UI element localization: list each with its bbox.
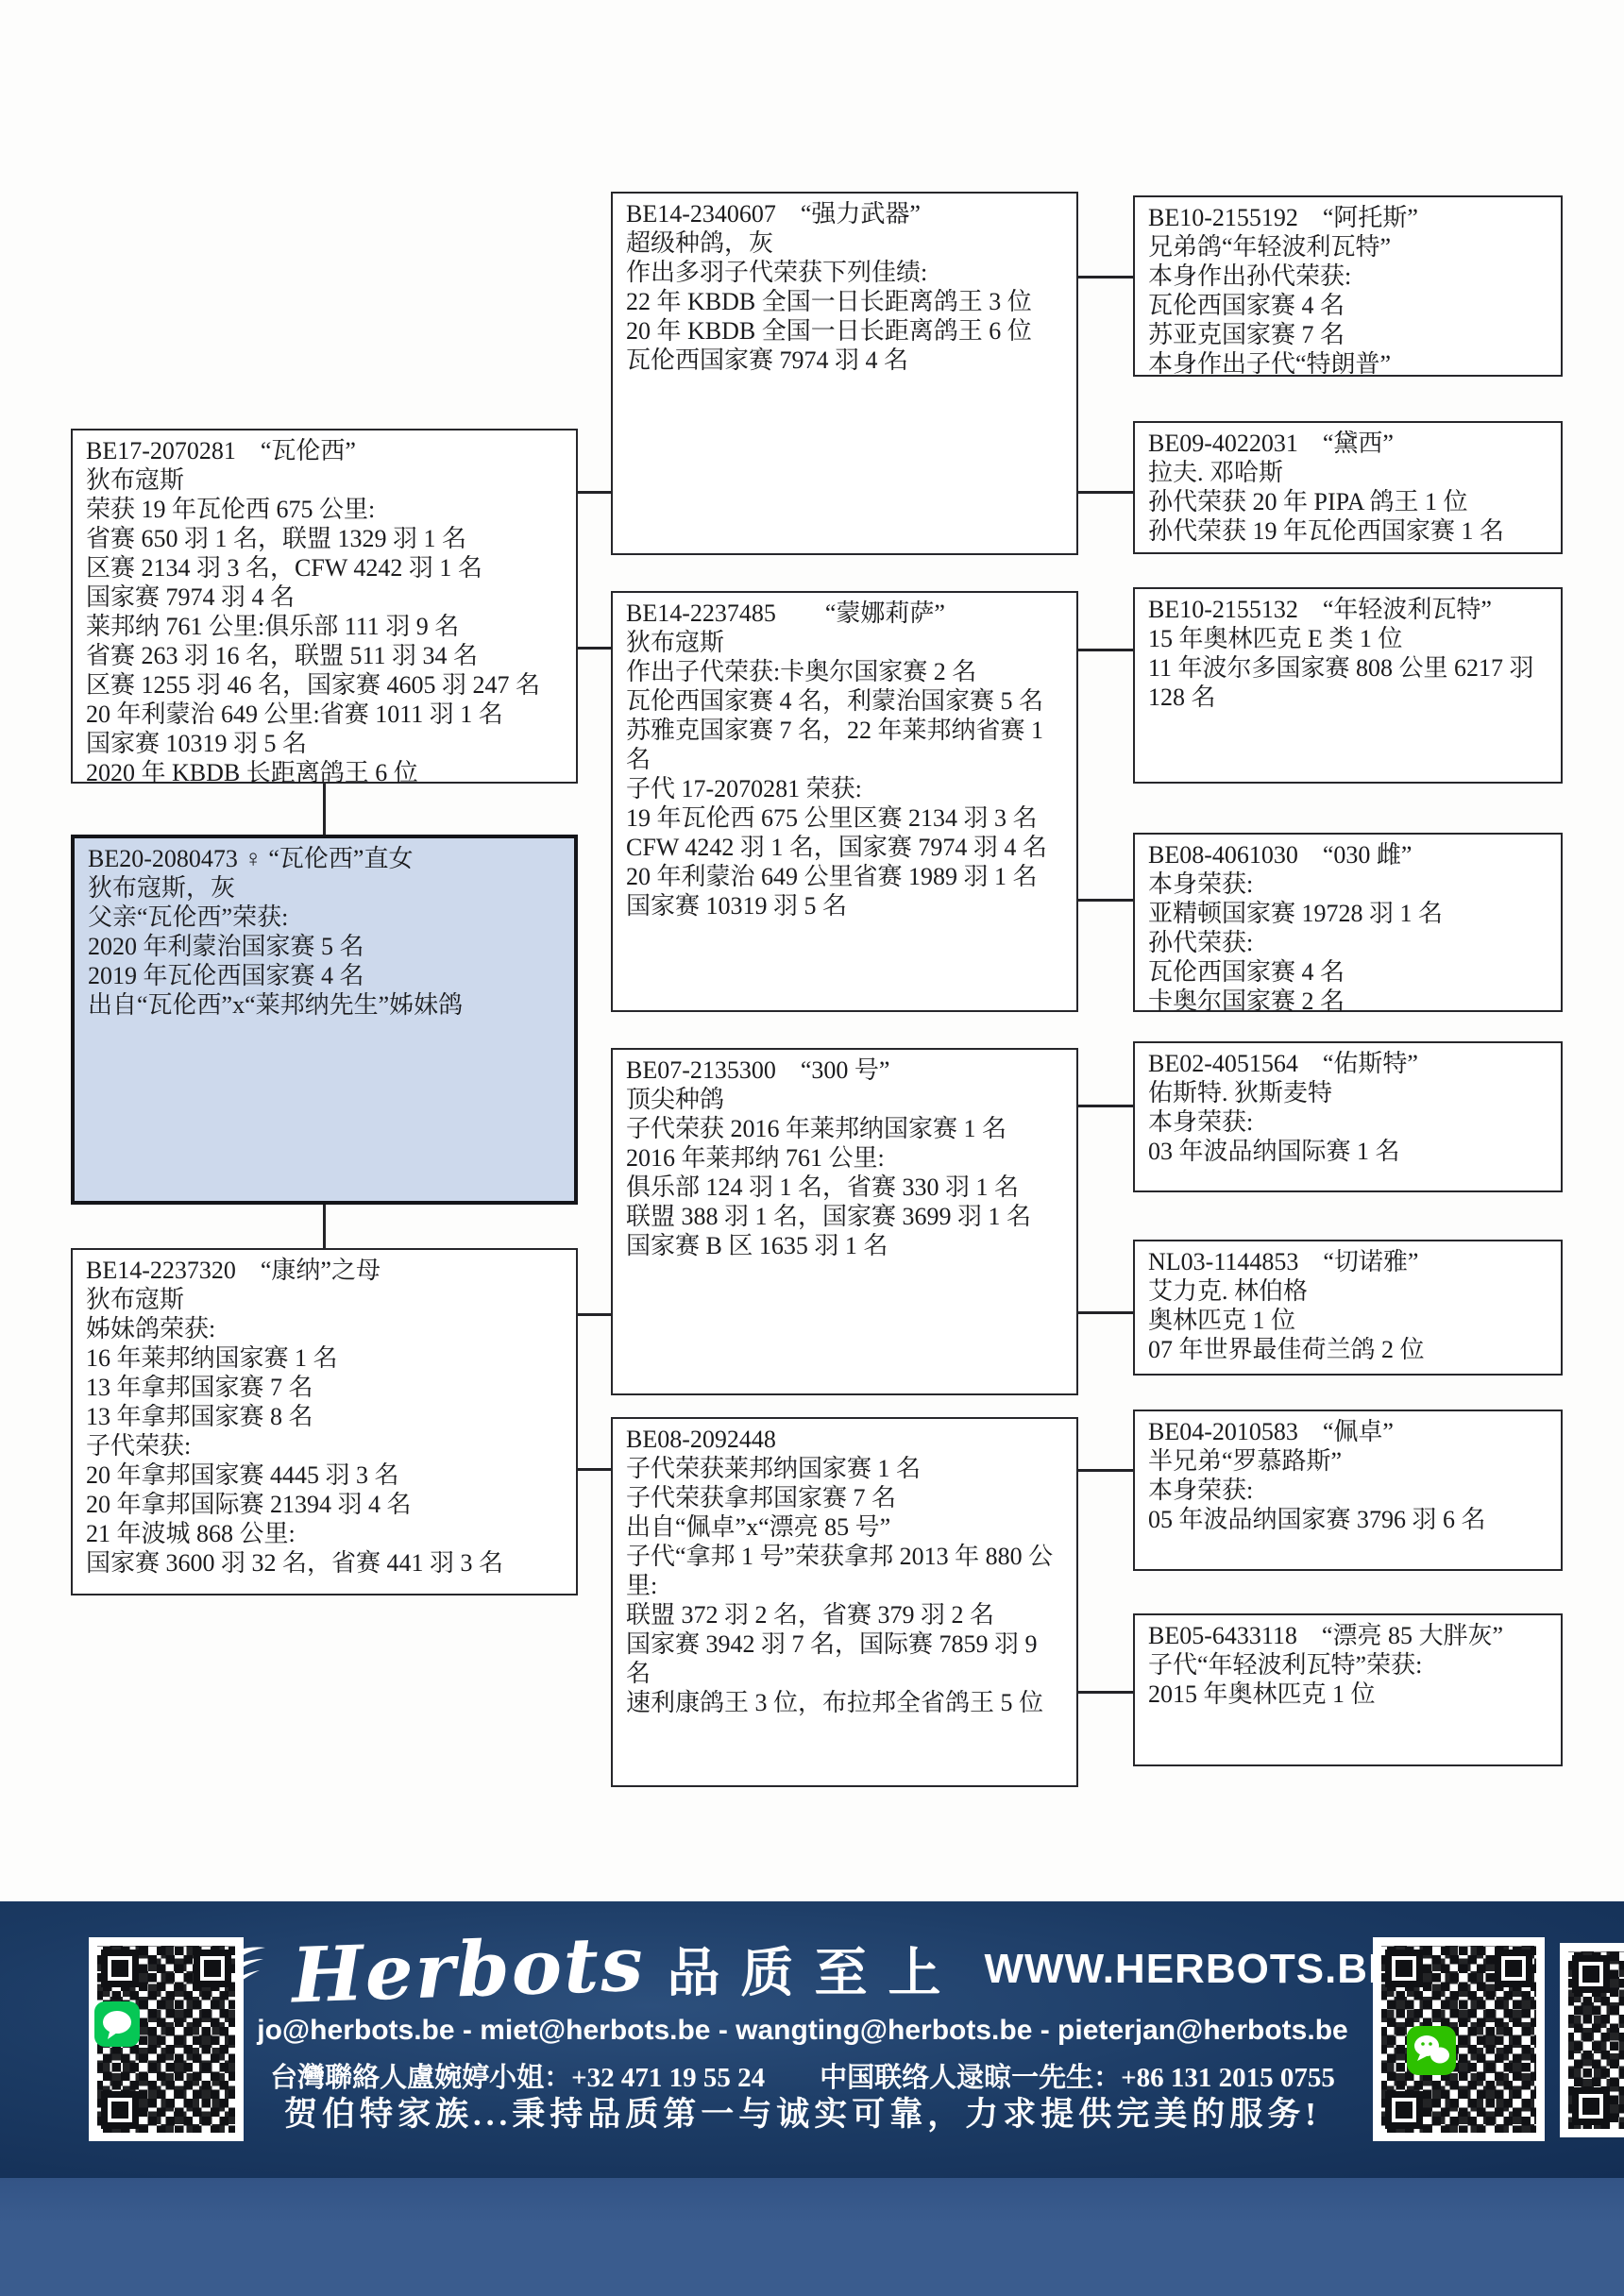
wechat-icon [1407,2026,1456,2080]
pedigree-box-gg5: BE02-4051564 “佑斯特” 佑斯特. 狄斯麦特 本身荣获: 03 年波… [1133,1041,1563,1192]
ring-number-title: BE10-2155192 “阿托斯” [1148,203,1551,232]
pedigree-box-subject: BE20-2080473 ♀ “瓦伦西”直女 狄布寇斯，灰 父亲“瓦伦西”荣获:… [71,835,578,1205]
connector-line [578,1468,612,1471]
pedigree-results: 半兄弟“罗慕路斯” 本身荣获: 05 年波品纳国家赛 3796 羽 6 名 [1148,1446,1551,1534]
connector-line [578,647,612,650]
herbots-logo: Herbots 品质至上 WWW.HERBOTS.BE [227,1922,1379,2017]
pedigree-results: 狄布寇斯 作出子代荣获:卡奥尔国家赛 2 名 瓦伦西国家赛 4 名，利蒙治国家赛… [626,628,1067,920]
connector-line [323,784,326,835]
qr-finder [101,2091,139,2129]
footer-slogan: 品质至上 [668,1932,962,2007]
footer-bottom-strip [0,2178,1624,2296]
connector-line [1078,899,1133,902]
qr-finder [1385,2091,1423,2129]
pedigree-box-mother-dam: BE08-2092448 子代荣获莱邦纳国家赛 1 名 子代荣获拿邦国家赛 7 … [611,1417,1078,1787]
ring-number-title: BE17-2070281 “瓦伦西” [86,436,567,465]
pedigree-page: BE17-2070281 “瓦伦西” 狄布寇斯 荣获 19 年瓦伦西 675 公… [0,0,1624,2296]
qr-finder [101,1950,139,1987]
pedigree-box-gg8: BE05-6433118 “漂亮 85 大胖灰” 子代“年轻波利瓦特”荣获: 2… [1133,1613,1563,1766]
pedigree-results: 狄布寇斯，灰 父亲“瓦伦西”荣获: 2020 年利蒙治国家赛 5 名 2019 … [88,873,565,1020]
pedigree-results: 15 年奥林匹克 E 类 1 位 11 年波尔多国家赛 808 公里 6217 … [1148,624,1551,712]
connector-line [1078,1691,1133,1694]
ring-number-title: BE14-2340607 “强力武器” [626,199,1067,228]
qr-code-right-edge [1560,1943,1624,2137]
pedigree-results: 超级种鸽，灰 作出多羽子代荣获下列佳绩: 22 年 KBDB 全国一日长距离鸽王… [626,228,1067,375]
pedigree-box-gg7: BE04-2010583 “佩卓” 半兄弟“罗慕路斯” 本身荣获: 05 年波品… [1133,1410,1563,1571]
pedigree-box-father-sire: BE14-2340607 “强力武器” 超级种鸽，灰 作出多羽子代荣获下列佳绩:… [611,192,1078,555]
pedigree-results: 艾力克. 林伯格 奥林匹克 1 位 07 年世界最佳荷兰鸽 2 位 [1148,1276,1551,1364]
ring-number-title: BE08-2092448 [626,1425,1067,1454]
footer-emails: jo@herbots.be - miet@herbots.be - wangti… [227,2015,1379,2047]
ring-number-title: BE02-4051564 “佑斯特” [1148,1049,1551,1078]
ring-number-title: BE10-2155132 “年轻波利瓦特” [1148,595,1551,624]
pedigree-results: 子代荣获莱邦纳国家赛 1 名 子代荣获拿邦国家赛 7 名 出自“佩卓”x“漂亮 … [626,1454,1067,1717]
connector-line [1078,1105,1133,1107]
qr-finder [1495,1950,1532,1987]
pedigree-box-mother-sire: BE07-2135300 “300 号” 顶尖种鸽 子代荣获 2016 年莱邦纳… [611,1048,1078,1395]
connector-line [1078,649,1133,651]
line-icon [94,2001,140,2051]
pedigree-results: 本身荣获: 亚精顿国家赛 19728 羽 1 名 孙代荣获: 瓦伦西国家赛 4 … [1148,869,1551,1016]
ring-number-title: BE20-2080473 ♀ “瓦伦西”直女 [88,844,565,873]
brand-name: Herbots [290,1919,646,2020]
pedigree-box-gg6: NL03-1144853 “切诺雅” 艾力克. 林伯格 奥林匹克 1 位 07 … [1133,1240,1563,1376]
qr-code-right [1373,1937,1545,2141]
connector-line [1078,276,1133,279]
pedigree-results: 兄弟鸽“年轻波利瓦特” 本身作出孙代荣获: 瓦伦西国家赛 4 名 苏亚克国家赛 … [1148,232,1551,379]
qr-pattern [1568,1951,1624,2129]
pedigree-box-gg4: BE08-4061030 “030 雌” 本身荣获: 亚精顿国家赛 19728 … [1133,833,1563,1012]
qr-finder [1572,1955,1610,1993]
qr-pattern [1381,1946,1536,2133]
connector-line [323,1205,326,1248]
ring-number-title: BE05-6433118 “漂亮 85 大胖灰” [1148,1621,1551,1650]
pedigree-results: 狄布寇斯 荣获 19 年瓦伦西 675 公里: 省赛 650 羽 1 名，联盟 … [86,465,567,787]
website-url: WWW.HERBOTS.BE [985,1946,1397,1993]
pedigree-box-father: BE17-2070281 “瓦伦西” 狄布寇斯 荣获 19 年瓦伦西 675 公… [71,429,578,784]
pedigree-box-father-dam: BE14-2237485 “蒙娜莉萨” 狄布寇斯 作出子代荣获:卡奥尔国家赛 2… [611,591,1078,1012]
ring-number-title: BE07-2135300 “300 号” [626,1055,1067,1085]
connector-line [1078,1469,1133,1472]
pedigree-results: 拉夫. 邓哈斯 孙代荣获 20 年 PIPA 鸽王 1 位 孙代荣获 19 年瓦… [1148,458,1551,546]
pedigree-box-gg3: BE10-2155132 “年轻波利瓦特” 15 年奥林匹克 E 类 1 位 1… [1133,587,1563,784]
connector-line [578,1313,612,1316]
pedigree-results: 狄布寇斯 姊妹鸽荣获: 16 年莱邦纳国家赛 1 名 13 年拿邦国家赛 7 名… [86,1285,567,1578]
ring-number-title: BE09-4022031 “黛西” [1148,429,1551,458]
connector-line [1078,1311,1133,1314]
ring-number-title: BE14-2237320 “康纳”之母 [86,1256,567,1285]
ring-number-title: BE14-2237485 “蒙娜莉萨” [626,599,1067,628]
qr-finder [194,1950,231,1987]
ring-number-title: BE08-4061030 “030 雌” [1148,840,1551,869]
pedigree-box-gg2: BE09-4022031 “黛西” 拉夫. 邓哈斯 孙代荣获 20 年 PIPA… [1133,421,1563,554]
connector-line [1078,491,1133,494]
pedigree-results: 顶尖种鸽 子代荣获 2016 年莱邦纳国家赛 1 名 2016 年莱邦纳 761… [626,1085,1067,1260]
ring-number-title: NL03-1144853 “切诺雅” [1148,1247,1551,1276]
pedigree-box-mother: BE14-2237320 “康纳”之母 狄布寇斯 姊妹鸽荣获: 16 年莱邦纳国… [71,1248,578,1595]
qr-finder [1572,2087,1610,2125]
pedigree-box-gg1: BE10-2155192 “阿托斯” 兄弟鸽“年轻波利瓦特” 本身作出孙代荣获:… [1133,195,1563,377]
pedigree-results: 子代“年轻波利瓦特”荣获: 2015 年奥林匹克 1 位 [1148,1650,1551,1709]
qr-finder [1385,1950,1423,1987]
ring-number-title: BE04-2010583 “佩卓” [1148,1417,1551,1446]
footer-tagline: 贺伯特家族...秉持品质第一与诚实可靠，力求提供完美的服务! [227,2088,1379,2136]
connector-line [578,491,612,494]
pedigree-results: 佑斯特. 狄斯麦特 本身荣获: 03 年波品纳国际赛 1 名 [1148,1078,1551,1166]
